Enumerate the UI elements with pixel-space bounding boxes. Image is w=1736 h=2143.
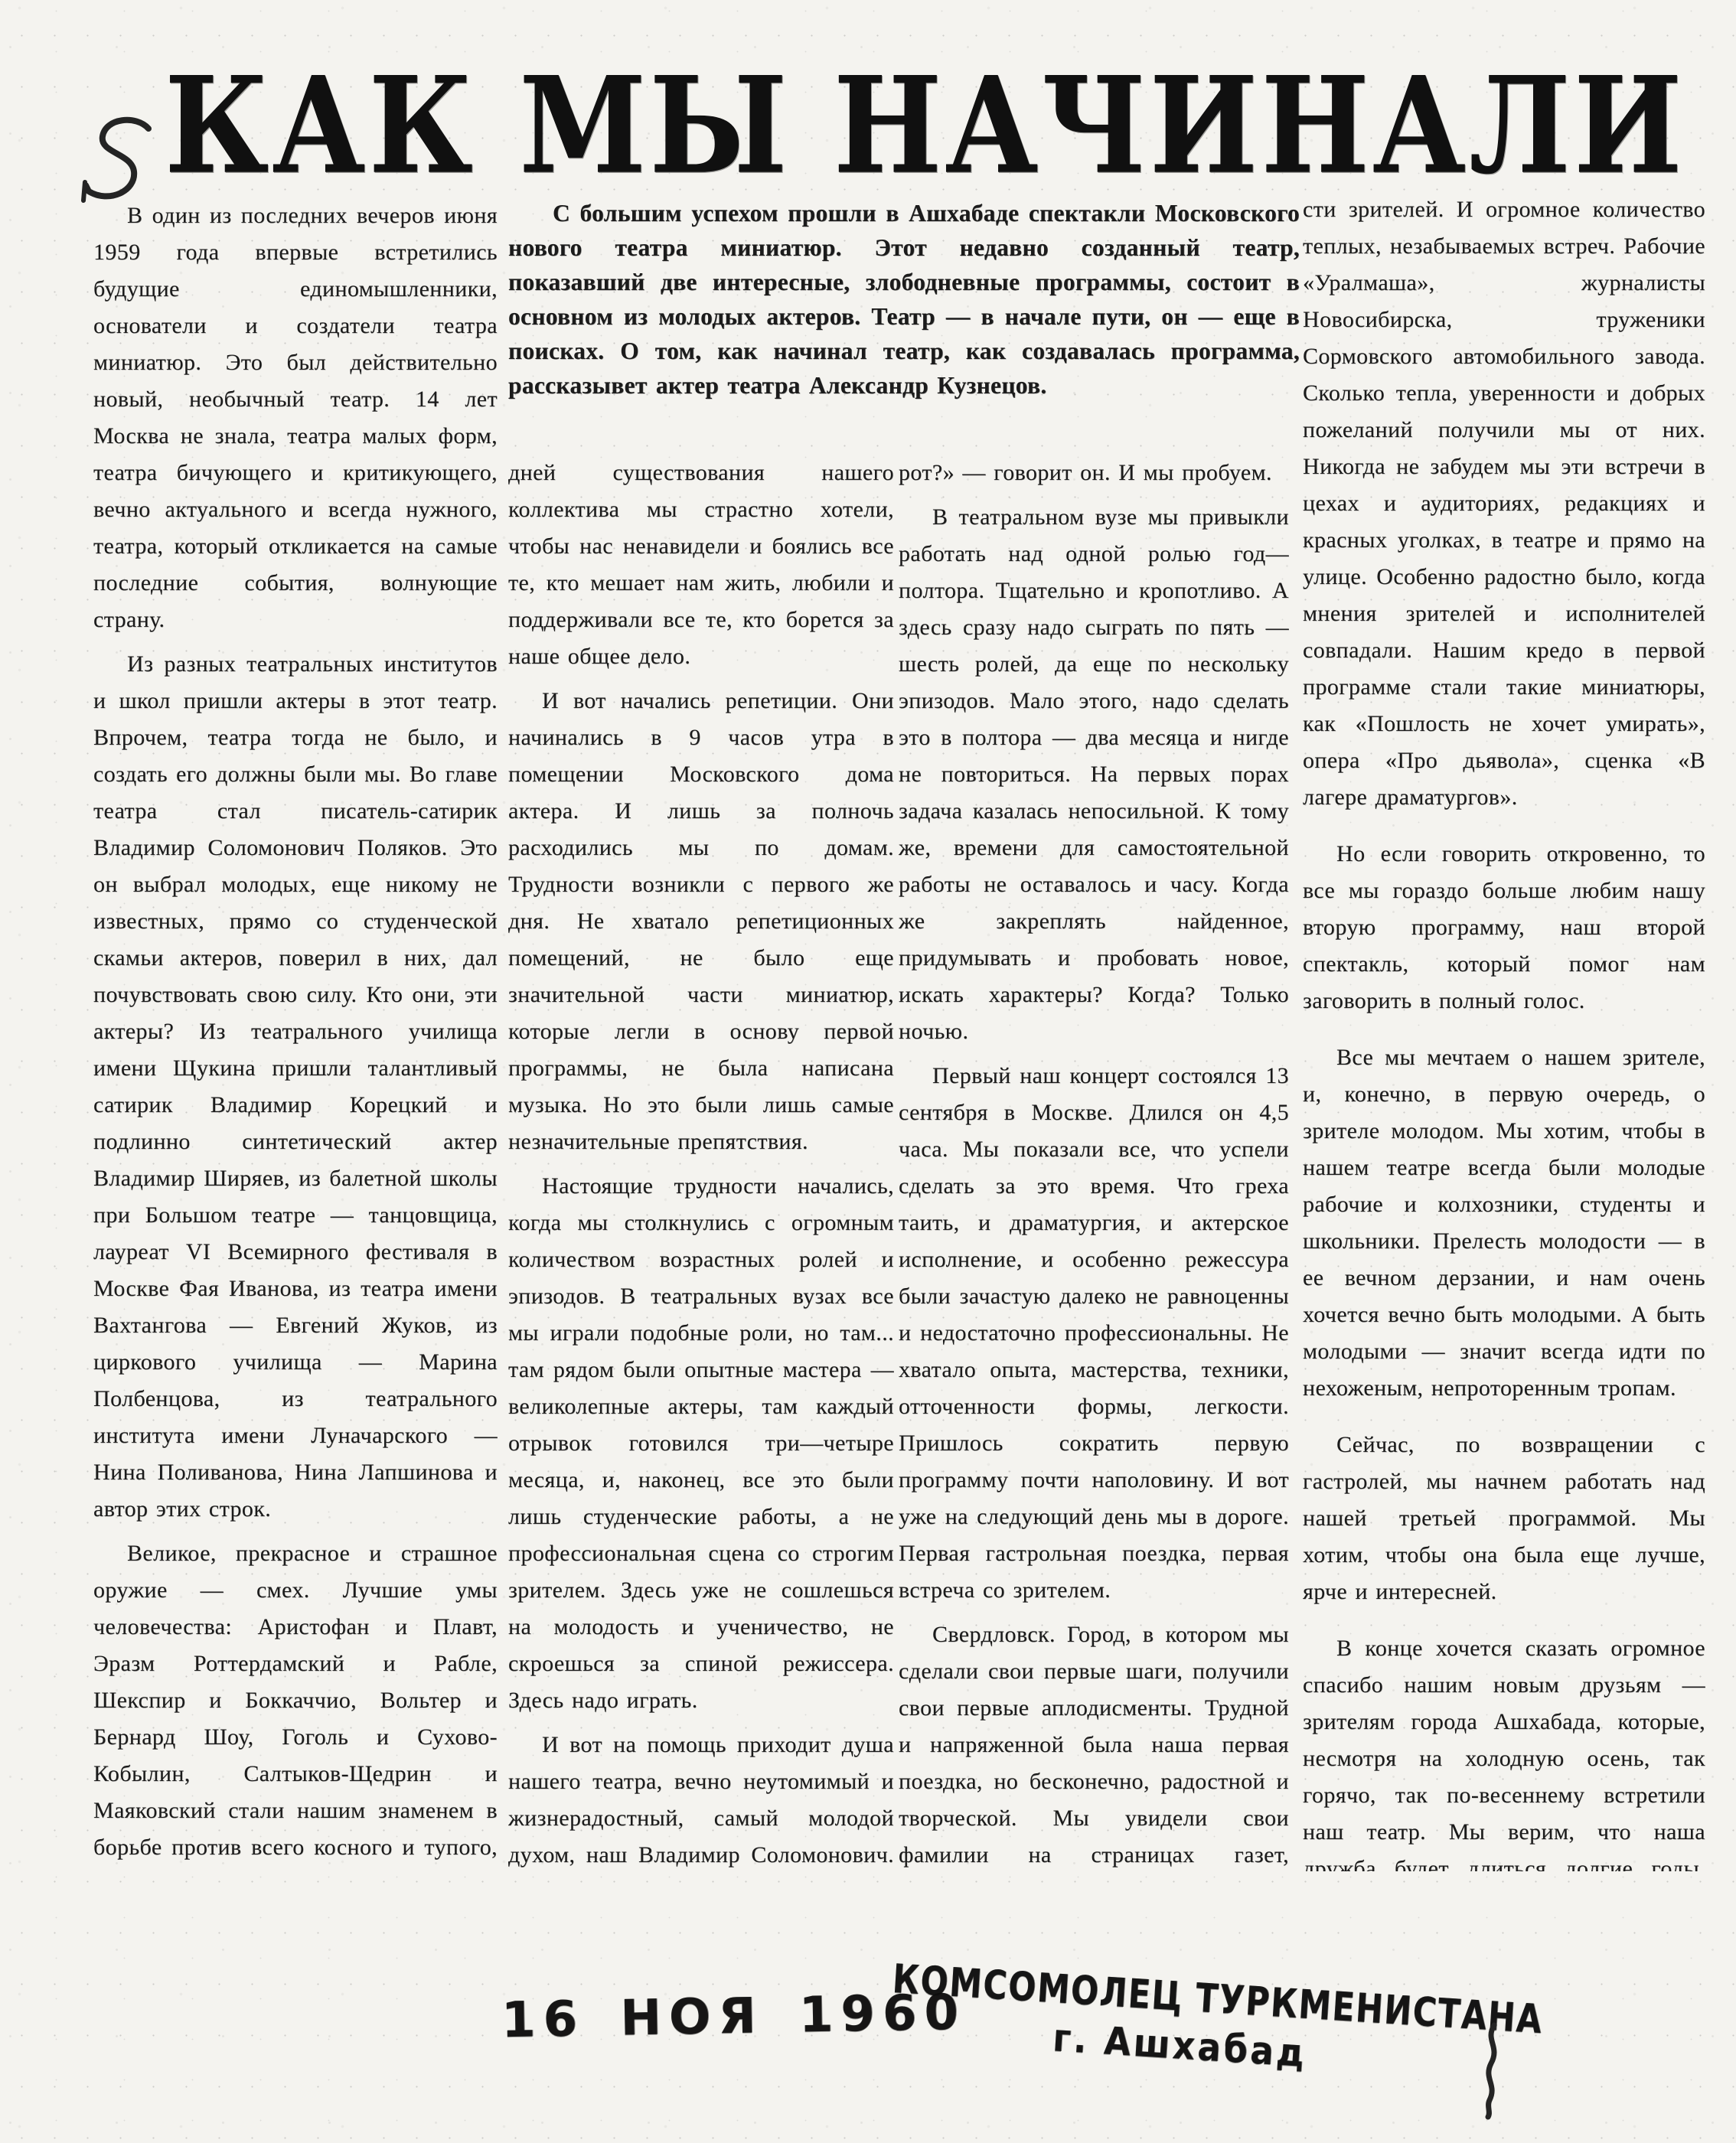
article-lede: С большим успехом прошли в Ашхабаде спек… — [508, 196, 1300, 441]
ink-squiggle-icon — [1477, 2021, 1508, 2124]
article-column-1: В один из последних вечеров июня 1959 го… — [93, 197, 498, 1874]
article-paragraph: В конце хочется сказать огромное спасибо… — [1303, 1630, 1705, 1871]
article-paragraph: И вот начались репетиции. Они начинались… — [508, 683, 894, 1160]
newspaper-clipping: КАК МЫ НАЧИНАЛИ С большим успехом прошли… — [0, 0, 1736, 2143]
article-paragraph: Все мы мечтаем о нашем зрителе, и, конеч… — [1303, 1039, 1705, 1407]
article-title: КАК МЫ НАЧИНАЛИ — [165, 57, 1574, 207]
article-paragraph: Настоящие трудности начались, когда мы с… — [508, 1168, 894, 1719]
article-paragraph: Свердловск. Город, в котором мы сделали … — [899, 1616, 1289, 1869]
article-paragraph: сти зрителей. И огромное количество тепл… — [1303, 191, 1705, 816]
article-paragraph: Сейчас, по возвращении с гастролей, мы н… — [1303, 1427, 1705, 1610]
article-paragraph: И вот на помощь приходит душа нашего теа… — [508, 1727, 894, 1869]
newspaper-stamp: КОМСОМОЛЕЦ ТУРКМЕНИСТАНА г. Ашхабад — [888, 1956, 1474, 2086]
article-paragraph: Великое, прекрасное и страшное оружие — … — [93, 1535, 498, 1874]
article-column-3: рот?» — говорит он. И мы пробуем. В теат… — [899, 455, 1289, 1869]
article-column-2: дней существования нашего коллектива мы … — [508, 455, 894, 1869]
article-paragraph: В один из последних вечеров июня 1959 го… — [93, 197, 498, 638]
article-paragraph: Но если говорить откровенно, то все мы г… — [1303, 836, 1705, 1019]
article-paragraph: Из разных театральных институтов и школ … — [93, 646, 498, 1528]
article-paragraph: рот?» — говорит он. И мы пробуем. — [899, 455, 1289, 491]
article-paragraph: дней существования нашего коллектива мы … — [508, 455, 894, 675]
article-paragraph: Первый наш концерт состоялся 13 сентября… — [899, 1058, 1289, 1609]
article-paragraph: В театральном вузе мы привыкли работать … — [899, 499, 1289, 1050]
article-column-4: сти зрителей. И огромное количество тепл… — [1303, 191, 1705, 1871]
